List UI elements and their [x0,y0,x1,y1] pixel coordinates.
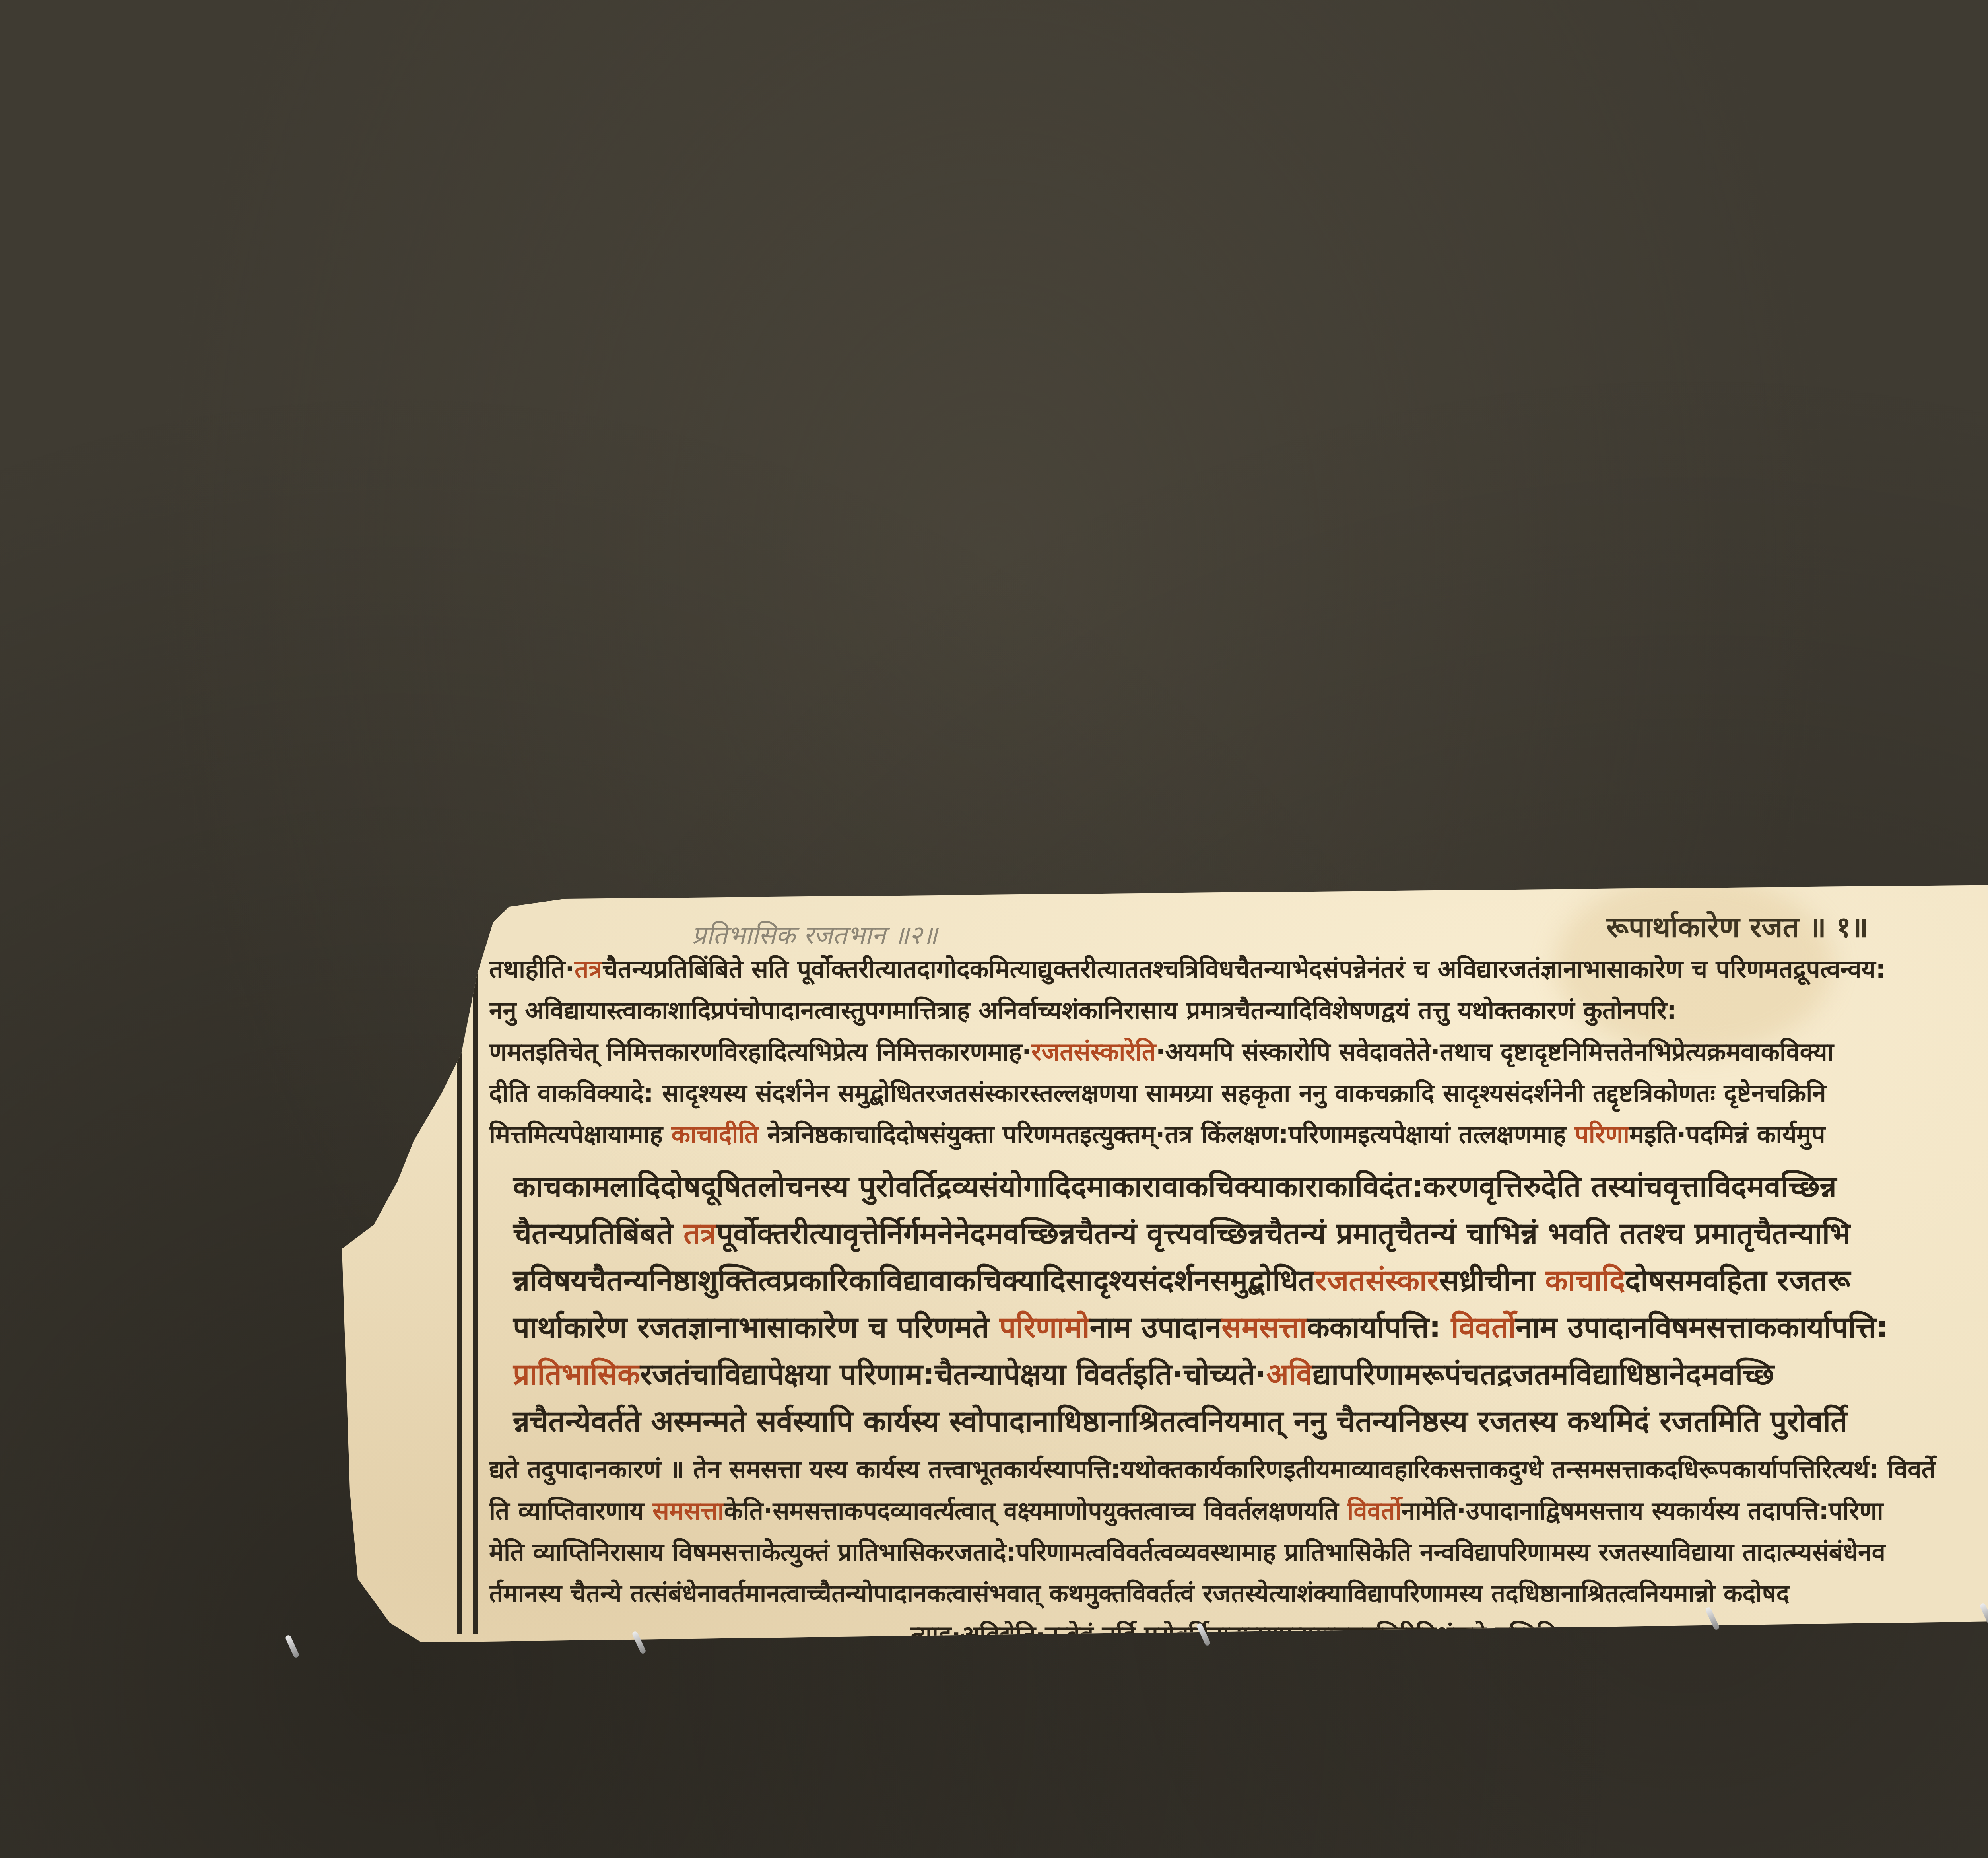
red-ink-keyword: तत्र [575,954,602,983]
text-segment: तथाहीति· [489,954,575,983]
text-line: ति व्याप्तिवारणाय समसत्ताकेति·समसत्ताकपद… [489,1490,1988,1531]
text-line: तथाहीति·तत्रचैतन्यप्रतिबिंबिते सति पूर्व… [489,948,1988,990]
red-ink-keyword: तत्र [683,1217,716,1251]
pencil-annotation: प्रतिभासिक रजतभान ॥२॥ [692,917,938,951]
text-line: न्नविषयचैतन्यनिष्ठाशुक्तित्वप्रकारिकाविद… [489,1257,1988,1304]
red-ink-keyword: समसत्ता [1221,1310,1307,1345]
text-segment: पार्थाकारेण रजतज्ञानाभासाकारेण च परिणमते [513,1310,999,1345]
folio-header: रूपार्थाकारेण रजत ॥ १॥ [1606,907,1868,946]
text-segment: दोषसमवहिता रजतरू [1625,1263,1850,1298]
red-ink-keyword: रजतसंस्कार [1315,1263,1439,1298]
text-line: न्नचैतन्येवर्तते अस्मन्मते सर्वस्यापि का… [489,1398,1988,1445]
text-segment: मइति·पदमिन्नं कार्यमुप [1629,1120,1825,1149]
text-line: दीति वाकविक्यादे: सादृश्यस्य संदर्शनेन स… [489,1073,1988,1114]
text-segment: नाम उपादानविषमसत्ताककार्यापत्ति: [1516,1310,1888,1345]
red-ink-keyword: समसत्ता [652,1496,724,1525]
text-segment: र्तमानस्य चैतन्ये तत्संबंधेनावर्तमानत्वा… [489,1579,1789,1608]
manuscript-text: तथाहीति·तत्रचैतन्यप्रतिबिंबिते सति पूर्व… [489,948,1988,1656]
main-verse-block: काचकामलादिदोषदूषितलोचनस्य पुरोवर्तिद्रव्… [489,1163,1988,1445]
text-segment: नामेति·उपादानाद्विषमसत्ताय स्यकार्यस्य त… [1402,1496,1883,1525]
text-line: णमतइतिचेत् निमित्तकारणविरहादित्यभिप्रेत्… [489,1031,1988,1073]
red-ink-keyword: विवर्तो [1347,1496,1401,1525]
red-ink-keyword: अवि [1266,1357,1312,1392]
text-segment: चैतन्यप्रतिबिंबते [513,1217,683,1251]
text-segment: मित्तमित्यपेक्षायामाह [489,1120,671,1149]
text-line: काचकामलादिदोषदूषितलोचनस्य पुरोवर्तिद्रव्… [489,1163,1988,1210]
text-segment: त्याह·अविद्येति·नन्वेवं तर्हि पुरोवर्तित… [911,1620,1581,1649]
red-ink-keyword: विवर्तो [1451,1310,1516,1345]
text-segment: चैतन्यप्रतिबिंबिते सति पूर्वोक्तरीत्यातद… [602,954,1886,983]
commentary-upper: तथाहीति·तत्रचैतन्यप्रतिबिंबिते सति पूर्व… [489,948,1988,1155]
text-line: मित्तमित्यपेक्षायामाह काचादीति नेत्रनिष्… [489,1114,1988,1155]
text-segment: न्नचैतन्येवर्तते अस्मन्मते सर्वस्यापि का… [513,1404,1847,1438]
commentary-lower: द्यते तदुपादानकारणं ॥ तेन समसत्ता यस्य क… [489,1449,1988,1656]
text-line: त्याह·अविद्येति·नन्वेवं तर्हि पुरोवर्तित… [489,1614,1988,1656]
text-segment: मेति व्याप्तिनिरासाय विषमसत्ताकेत्युक्तं… [489,1537,1885,1566]
text-line: द्यते तदुपादानकारणं ॥ तेन समसत्ता यस्य क… [489,1449,1988,1490]
red-ink-keyword: परिणामो [999,1310,1090,1345]
text-line: र्तमानस्य चैतन्ये तत्संबंधेनावर्तमानत्वा… [489,1573,1988,1614]
text-line: प्रातिभासिकरजतंचाविद्यापेक्षया परिणाम:चै… [489,1351,1988,1398]
text-segment: काचकामलादिदोषदूषितलोचनस्य पुरोवर्तिद्रव्… [513,1170,1837,1204]
left-border-outer [457,927,462,1634]
red-ink-keyword: रजतसंस्कारेति [1031,1037,1156,1066]
mounting-pin [285,1634,300,1658]
red-ink-keyword: प्रातिभासिक [513,1357,640,1392]
text-segment: ति व्याप्तिवारणाय [489,1496,652,1525]
text-segment: नेत्रनिष्ठकाचादिदोषसंयुक्ता परिणमतइत्युक… [759,1120,1575,1149]
text-segment: नाम उपादान [1090,1310,1222,1345]
text-segment: केति·समसत्ताकपदव्यावर्त्यत्वात् वक्ष्यमा… [724,1496,1347,1525]
text-segment: ननु अविद्यायास्त्वाकाशादिप्रपंचोपादानत्व… [489,996,1677,1025]
red-ink-keyword: काचादि [1545,1263,1625,1298]
text-line: ननु अविद्यायास्त्वाकाशादिप्रपंचोपादानत्व… [489,990,1988,1031]
text-line: पार्थाकारेण रजतज्ञानाभासाकारेण च परिणमते… [489,1304,1988,1351]
text-segment: दीति वाकविक्यादे: सादृश्यस्य संदर्शनेन स… [489,1079,1826,1108]
red-ink-keyword: परिणा [1575,1120,1630,1149]
red-ink-keyword: काचादीति [671,1120,758,1149]
text-segment: पूर्वोक्तरीत्यावृत्तेर्निर्गमनेनेदमवच्छि… [716,1217,1850,1251]
text-segment: ककार्यापत्ति: [1307,1310,1451,1345]
left-border-inner [473,927,478,1634]
text-segment: द्यते तदुपादानकारणं ॥ तेन समसत्ता यस्य क… [489,1455,1936,1484]
text-segment: न्नविषयचैतन्यनिष्ठाशुक्तित्वप्रकारिकाविद… [513,1263,1315,1298]
text-segment: द्यापरिणामरूपंचतद्रजतमविद्याधिष्ठानेदमवच… [1312,1357,1774,1392]
text-segment: णमतइतिचेत् निमित्तकारणविरहादित्यभिप्रेत्… [489,1037,1031,1066]
text-segment: सध्रीचीना [1439,1263,1545,1298]
text-line: मेति व्याप्तिनिरासाय विषमसत्ताकेत्युक्तं… [489,1531,1988,1573]
text-segment: ·अयमपि संस्कारोपि सवेदावतेते·तथाच दृष्टा… [1156,1037,1834,1066]
text-segment: रजतंचाविद्यापेक्षया परिणाम:चैतन्यापेक्षय… [640,1357,1266,1392]
text-line: चैतन्यप्रतिबिंबते तत्रपूर्वोक्तरीत्यावृत… [489,1210,1988,1257]
manuscript-folio: प्रतिभासिक रजतभान ॥२॥ रूपार्थाकारेण रजत … [342,855,1988,1642]
